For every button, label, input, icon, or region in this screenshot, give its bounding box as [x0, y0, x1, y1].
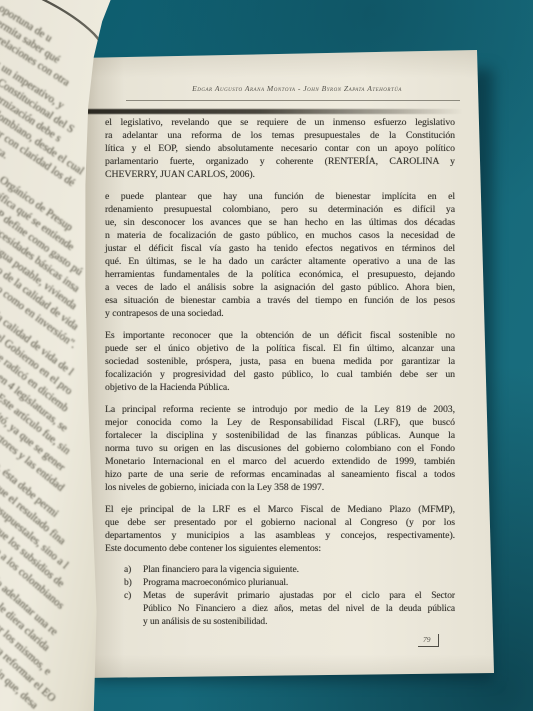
text-line: qué. En últimas, se le ha dado un caráct… [105, 255, 455, 268]
text-line: sociedad sostenible, próspera, justa, pa… [105, 355, 455, 368]
text-line: que debe ser presentado por el gobierno … [105, 516, 455, 529]
text-line: Monetario Internacional en el marco del … [105, 455, 455, 468]
text-line: lítica y el EOP, siendo absolutamente ne… [105, 142, 455, 155]
list-item: b)Programa macroeconómico plurianual. [105, 577, 455, 590]
book-photo: Edgar Augusto Arana Montoya - John Byron… [0, 0, 533, 711]
text-line: el legislativo, revelando que se requier… [105, 116, 455, 129]
text-line: rdenamiento presupuestal colombiano, per… [105, 203, 455, 216]
text-line: ue, sin desconocer los avances que se ha… [105, 216, 455, 229]
text-line: focalización y progresividad del gasto p… [105, 368, 455, 381]
list-item: c)Metas de superávit primario ajustadas … [105, 590, 455, 629]
paragraph: e puede plantear que hay una función de … [105, 190, 455, 320]
text-line: los niveles de gobierno, iniciada con la… [105, 481, 455, 494]
text-line: y un análisis de su sostenibilidad. [143, 616, 455, 629]
text-line: Metas de superávit primario ajustadas po… [143, 590, 455, 603]
paragraph: La principal reforma reciente se introdu… [105, 403, 455, 494]
right-book-page: Edgar Augusto Arana Montoya - John Byron… [78, 46, 496, 680]
header-rule [126, 100, 460, 101]
text-line: CHEVERRY, JUAN CARLOS, 2006). [105, 168, 455, 181]
page-number: 79 [418, 634, 439, 647]
list-marker: b) [124, 577, 132, 590]
text-line: y contrapesos de una sociedad. [105, 307, 455, 320]
text-line: mejor conocida como la Ley de Responsabi… [105, 416, 455, 429]
text-line: El eje principal de la LRF es el Marco F… [105, 503, 455, 516]
running-header: Edgar Augusto Arana Montoya - John Byron… [98, 84, 496, 93]
paragraph: el legislativo, revelando que se requier… [105, 116, 455, 181]
text-line: herramientas fundamentales de la polític… [105, 268, 455, 281]
text-line: fortalecer la disciplina y sostenibilida… [105, 429, 455, 442]
text-line: justar el déficit fiscal vía gasto ha te… [105, 242, 455, 255]
text-line: Programa macroeconómico plurianual. [143, 577, 455, 590]
text-line: esa situación de bienestar cambia a trav… [105, 294, 455, 307]
text-line: a veces de lado el análisis sobre la asi… [105, 281, 455, 294]
text-line: Público No Financiero a diez años, metas… [143, 603, 455, 616]
text-line: parlamentario fuerte, organizado y coher… [105, 155, 455, 168]
text-line: n materia de focalización de gasto públi… [105, 229, 455, 242]
paragraph: El eje principal de la LRF es el Marco F… [105, 503, 455, 555]
text-line: Plan financiero para la vigencia siguien… [143, 564, 455, 577]
text-line: Este documento debe contener los siguien… [105, 542, 455, 555]
text-line: Es importante reconocer que la obtención… [105, 329, 455, 342]
text-line: hizo parte de una serie de reformas enca… [105, 468, 455, 481]
text-line: La principal reforma reciente se introdu… [105, 403, 455, 416]
list-marker: a) [124, 564, 131, 577]
text-line: norma tuvo su origen en las discusiones … [105, 442, 455, 455]
text-line: objetivo de la Hacienda Pública. [105, 381, 455, 394]
text-line: ra adelantar una reforma de los temas pr… [105, 129, 455, 142]
text-column: el legislativo, revelando que se requier… [105, 116, 455, 629]
text-line: e puede plantear que hay una función de … [105, 190, 455, 203]
text-line: departamentos y municipios a las asamble… [105, 529, 455, 542]
paragraph: Es importante reconocer que la obtención… [105, 329, 455, 394]
element-list: a)Plan financiero para la vigencia sigui… [105, 564, 455, 629]
page-crease-shadow [86, 109, 474, 114]
text-line: puede ser el único objetivo de la políti… [105, 342, 455, 355]
list-marker: c) [124, 590, 131, 603]
list-item: a)Plan financiero para la vigencia sigui… [105, 564, 455, 577]
